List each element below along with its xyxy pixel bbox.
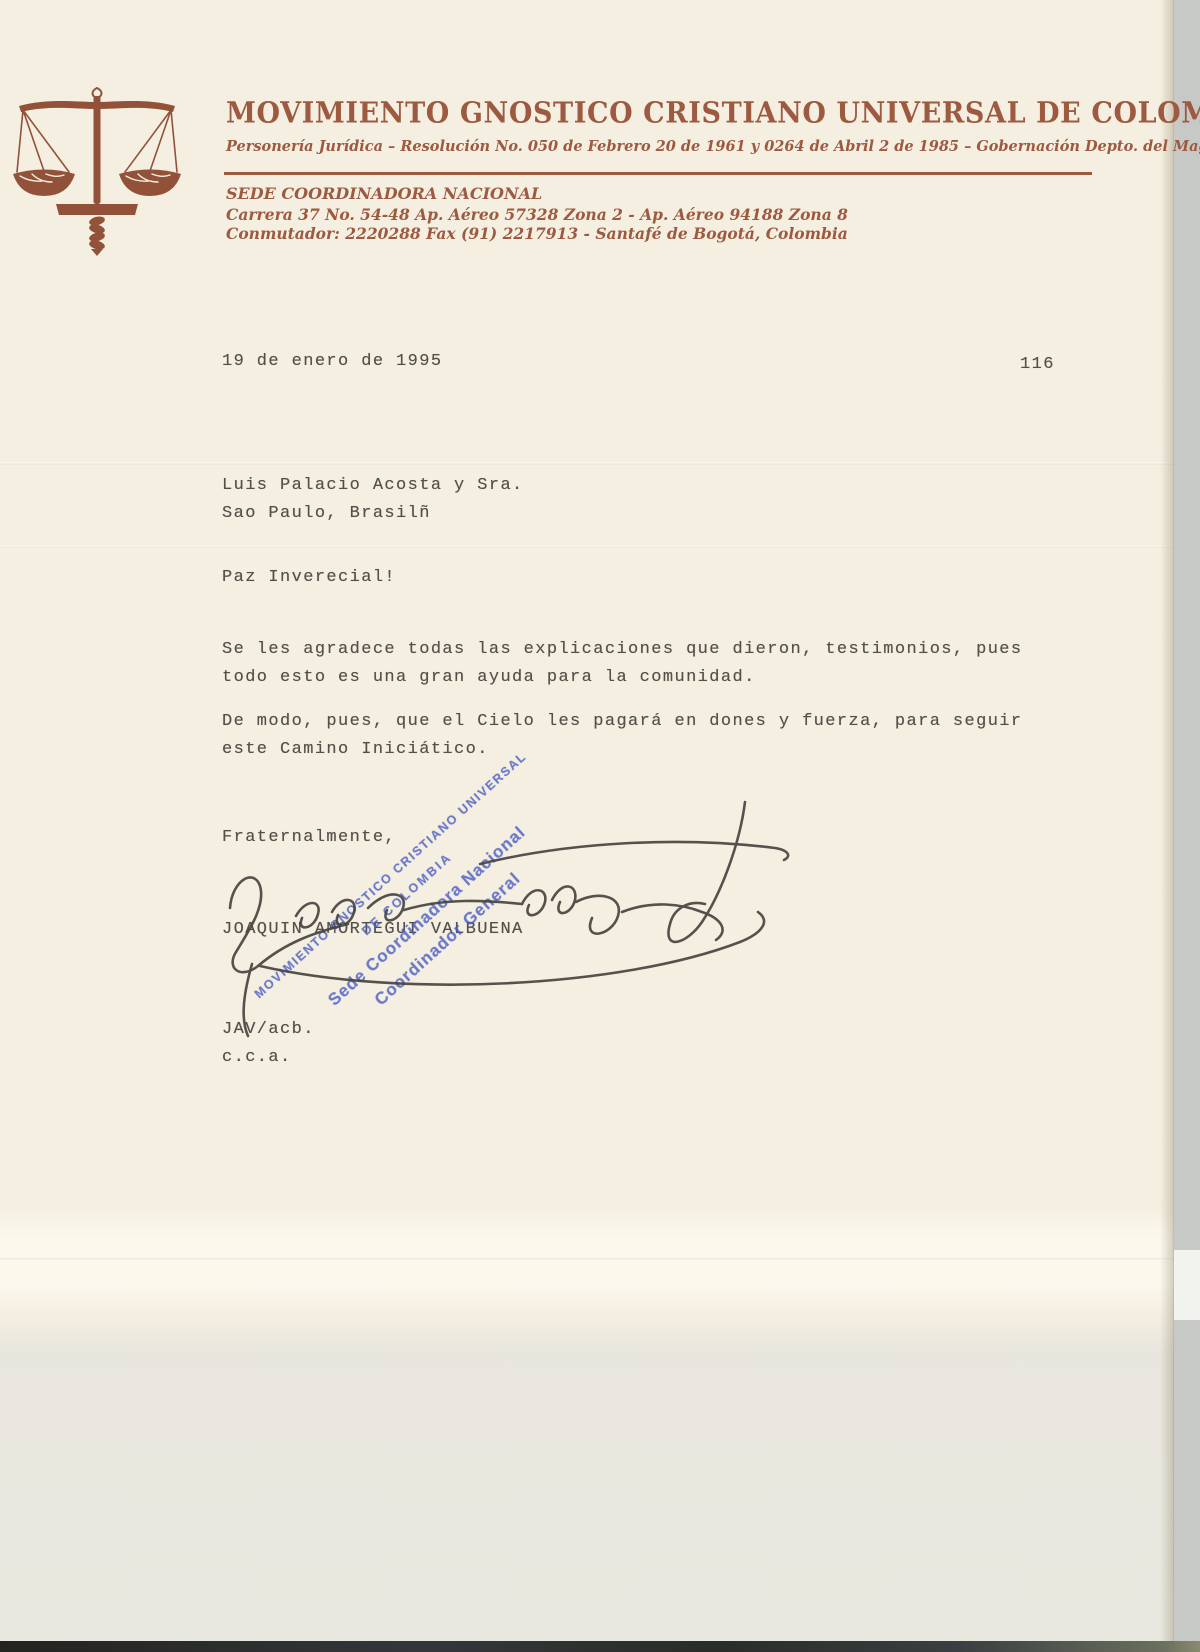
paper-crease (0, 462, 1174, 465)
paper-edge-shadow (1160, 0, 1174, 1652)
scan-bottom-edge (0, 1641, 1200, 1652)
scanner-background (1174, 0, 1200, 1652)
paper-crease (0, 545, 1174, 548)
body-paragraph-2-line-1: De modo, pues, que el Cielo les pagará e… (222, 712, 1023, 731)
letter-date: 19 de enero de 1995 (222, 352, 442, 371)
paper-crease (0, 1258, 1174, 1261)
body-paragraph-1-line-1: Se les agradece todas las explicaciones … (222, 640, 1023, 659)
paper-lower-zone (0, 1313, 1174, 1652)
body-paragraph-2-line-2: este Camino Iniciático. (222, 740, 489, 759)
organization-name: MOVIMIENTO GNOSTICO CRISTIANO UNIVERSAL … (226, 97, 1092, 130)
scanner-background-notch (1174, 1250, 1200, 1320)
salutation: Paz Inverecial! (222, 568, 396, 587)
recipient-location: Sao Paulo, Brasilñ (222, 504, 431, 523)
address-line: Carrera 37 No. 54-48 Ap. Aéreo 57328 Zon… (226, 205, 848, 224)
recipient-name: Luis Palacio Acosta y Sra. (222, 476, 524, 495)
scanned-letter-page: MOVIMIENTO GNOSTICO CRISTIANO UNIVERSAL … (0, 0, 1200, 1652)
body-paragraph-1-line-2: todo esto es una gran ayuda para la comu… (222, 668, 756, 687)
office-name: SEDE COORDINADORA NACIONAL (226, 184, 542, 203)
handwritten-signature (200, 780, 840, 1060)
folio-number: 116 (1020, 355, 1055, 374)
legal-registration-line: Personería Jurídica – Resolución No. 050… (226, 138, 1092, 155)
phone-line: Conmutador: 2220288 Fax (91) 2217913 - S… (226, 224, 848, 243)
scales-logo-icon (6, 84, 188, 256)
letterhead-divider (224, 172, 1092, 175)
